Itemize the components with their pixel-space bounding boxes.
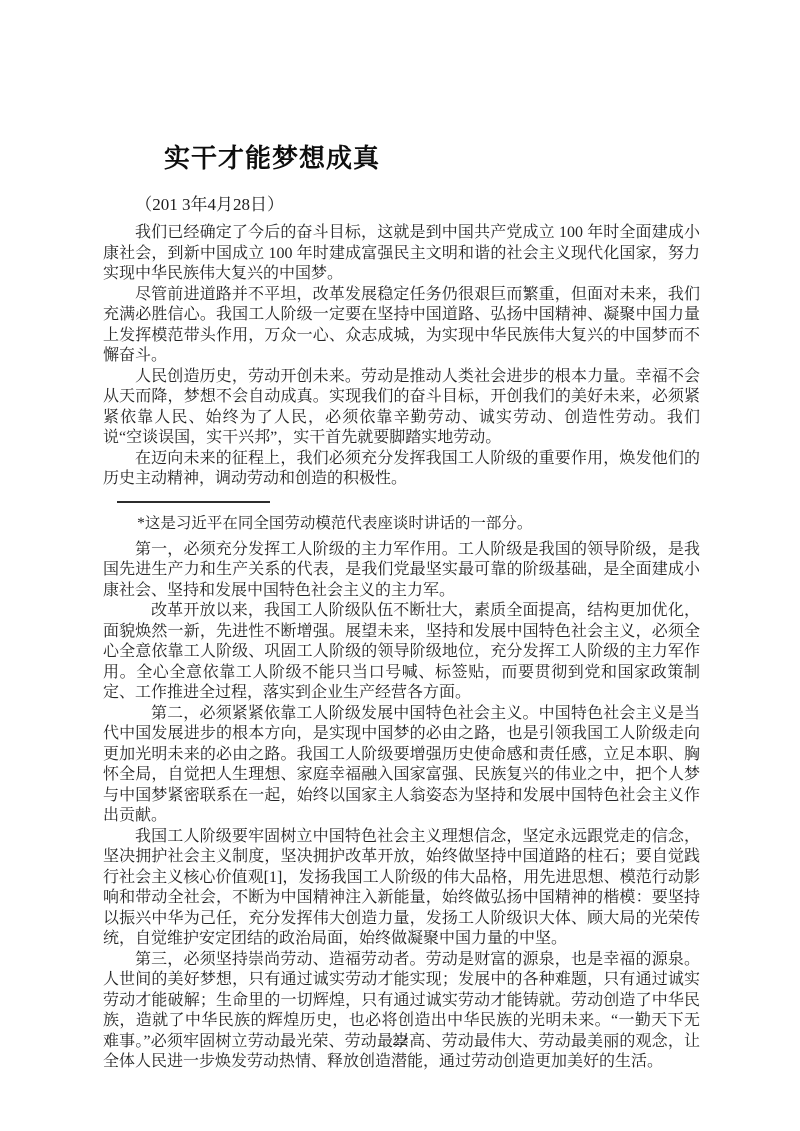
date-line: （201 3年4月28日） (103, 194, 700, 216)
paragraph: 第二，必须紧紧依靠工人阶级发展中国特色社会主义。中国特色社会主义是当代中国发展进… (103, 704, 700, 827)
paragraph: 在迈向未来的征程上，我们必须充分发挥我国工人阶级的重要作用，焕发他们的历史主动精… (103, 449, 700, 490)
footnote: *这是习近平在同全国劳动模范代表座谈时讲话的一部分。 (103, 513, 700, 534)
footnote-separator (117, 501, 270, 503)
paragraph: 第一，必须充分发挥工人阶级的主力军作用。工人阶级是我国的领导阶级，是我国先进生产… (103, 540, 700, 602)
paragraph: 我国工人阶级要牢固树立中国特色社会主义理想信念，坚定永远跟党走的信念，坚决拥护社… (103, 827, 700, 950)
document-page: 实干才能梦想成真 （201 3年4月28日） 我们已经确定了今后的奋斗目标，这就… (0, 0, 800, 1131)
page-content: 实干才能梦想成真 （201 3年4月28日） 我们已经确定了今后的奋斗目标，这就… (103, 141, 700, 1073)
paragraph: 人民创造历史，劳动开创未来。劳动是推动人类社会进步的根本力量。幸福不会从天而降，… (103, 367, 700, 449)
paragraph: 我们已经确定了今后的奋斗目标，这就是到中国共产党成立 100 年时全面建成小康社… (103, 223, 700, 285)
paragraph: 第三，必须坚持崇尚劳动、造福劳动者。劳动是财富的源泉，也是幸福的源泉。人世间的美… (103, 950, 700, 1073)
paragraph: 改革开放以来，我国工人阶级队伍不断壮大，素质全面提高，结构更加优化，面貌焕然一新… (103, 601, 700, 704)
page-title: 实干才能梦想成真 (164, 141, 700, 175)
paragraph: 尽管前进道路并不平坦，改革发展稳定任务仍很艰巨而繁重，但面对未来，我们充满必胜信… (103, 285, 700, 367)
page-number: 22 (0, 1033, 800, 1050)
